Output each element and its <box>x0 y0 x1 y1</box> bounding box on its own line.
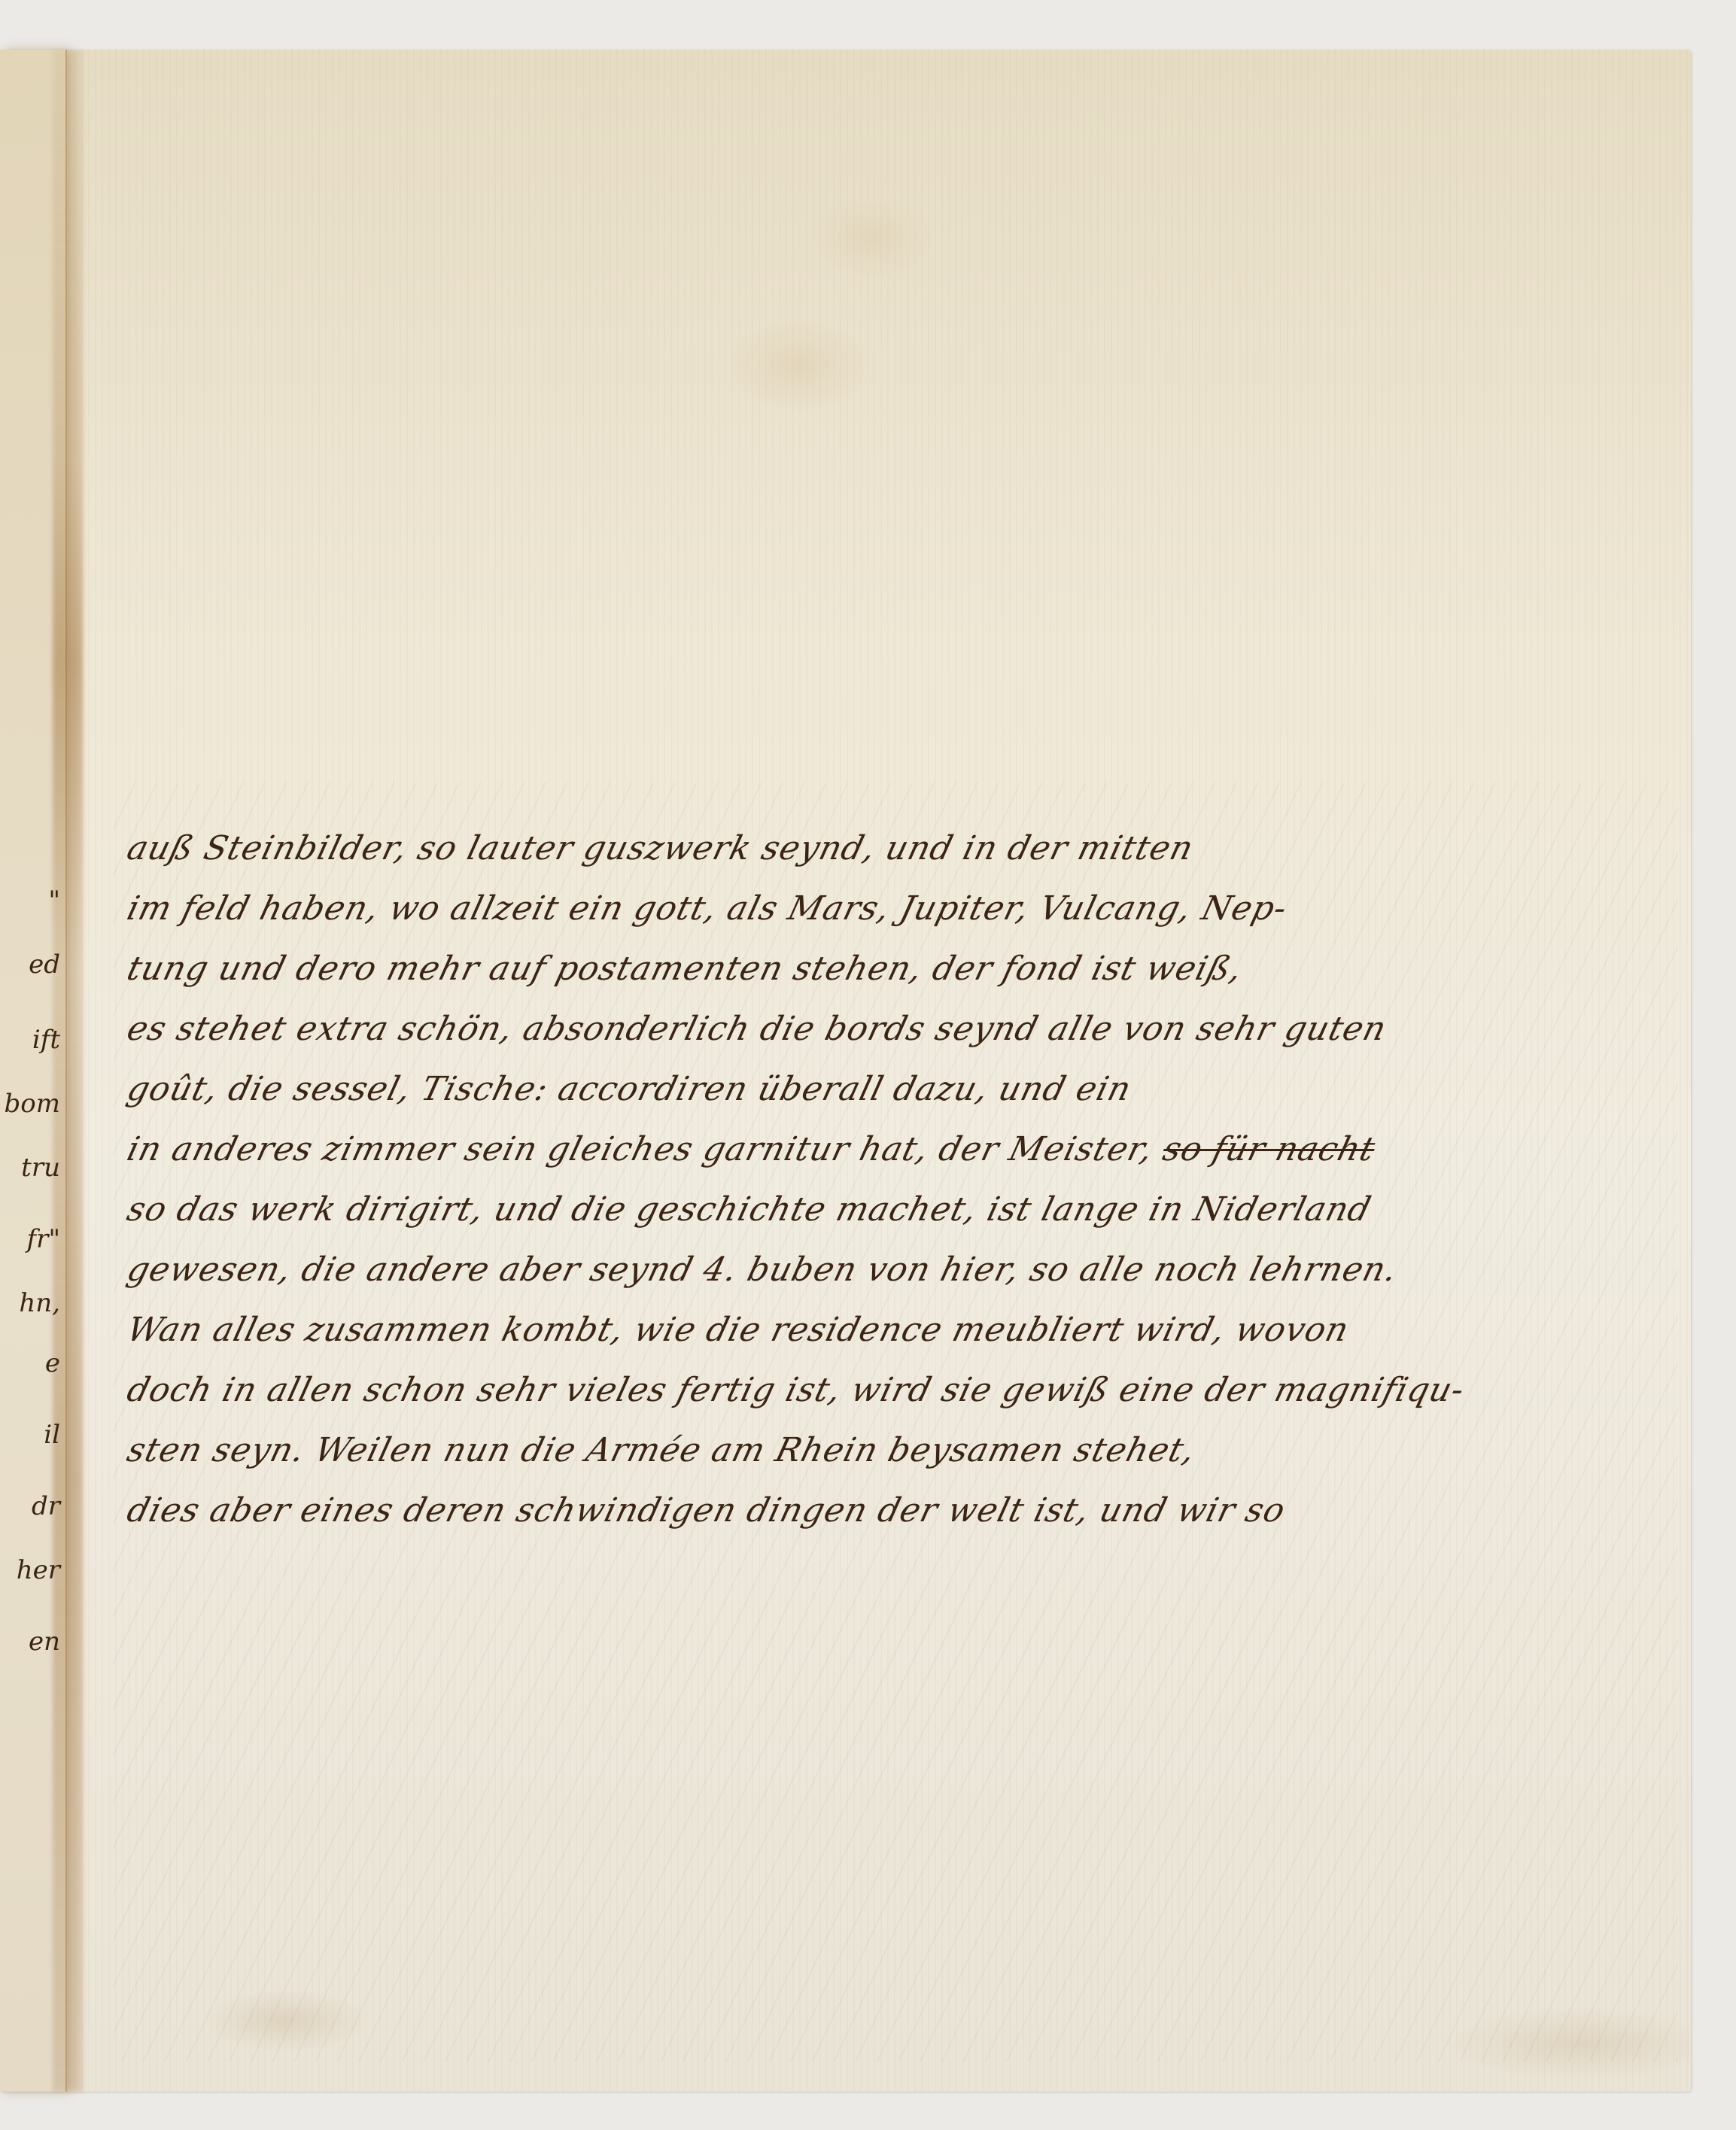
text-line: tung und dero mehr auf postamenten stehe… <box>120 939 1686 999</box>
margin-fragment: ed <box>0 952 60 977</box>
letter-body: auß Steinbilder, so lauter guszwerk seyn… <box>120 819 1671 1541</box>
text-line: im feld haben, wo allzeit ein gott, als … <box>120 879 1686 939</box>
text-line: sten seyn. Weilen nun die Armée am Rhein… <box>120 1421 1686 1481</box>
margin-fragment: bom <box>0 1091 60 1117</box>
margin-fragment: fr" <box>0 1226 60 1252</box>
margin-fragment: il <box>0 1422 60 1448</box>
margin-fragment: e <box>0 1351 60 1376</box>
margin-fragment: her <box>0 1557 60 1583</box>
margin-fragment: dr <box>0 1493 60 1519</box>
margin-fragment: ift <box>0 1027 60 1053</box>
fold-stain <box>53 50 83 2092</box>
struck-through-text: so für nacht <box>1159 1130 1379 1168</box>
margin-fragment: hn, <box>0 1290 60 1316</box>
text-line: goût, die sessel, Tische: accordiren übe… <box>120 1059 1686 1120</box>
text-line: Wan alles zusammen kombt, wie die reside… <box>120 1300 1686 1360</box>
margin-fragment: en <box>0 1629 60 1654</box>
text-line: in anderes zimmer sein gleiches garnitur… <box>120 1120 1686 1180</box>
text-line: dies aber eines deren schwindigen dingen… <box>120 1481 1686 1541</box>
margin-fragment: " <box>0 888 60 913</box>
text-line: auß Steinbilder, so lauter guszwerk seyn… <box>120 819 1686 879</box>
line-text: in anderes zimmer sein gleiches garnitur… <box>123 1130 1157 1168</box>
text-line: doch in allen schon sehr vieles fertig i… <box>120 1360 1686 1421</box>
text-line: es stehet extra schön, absonderlich die … <box>120 999 1686 1059</box>
text-line: so das werk dirigirt, und die geschichte… <box>120 1180 1686 1240</box>
margin-fragment: tru <box>0 1155 60 1180</box>
text-line: gewesen, die andere aber seynd 4. buben … <box>120 1240 1686 1300</box>
